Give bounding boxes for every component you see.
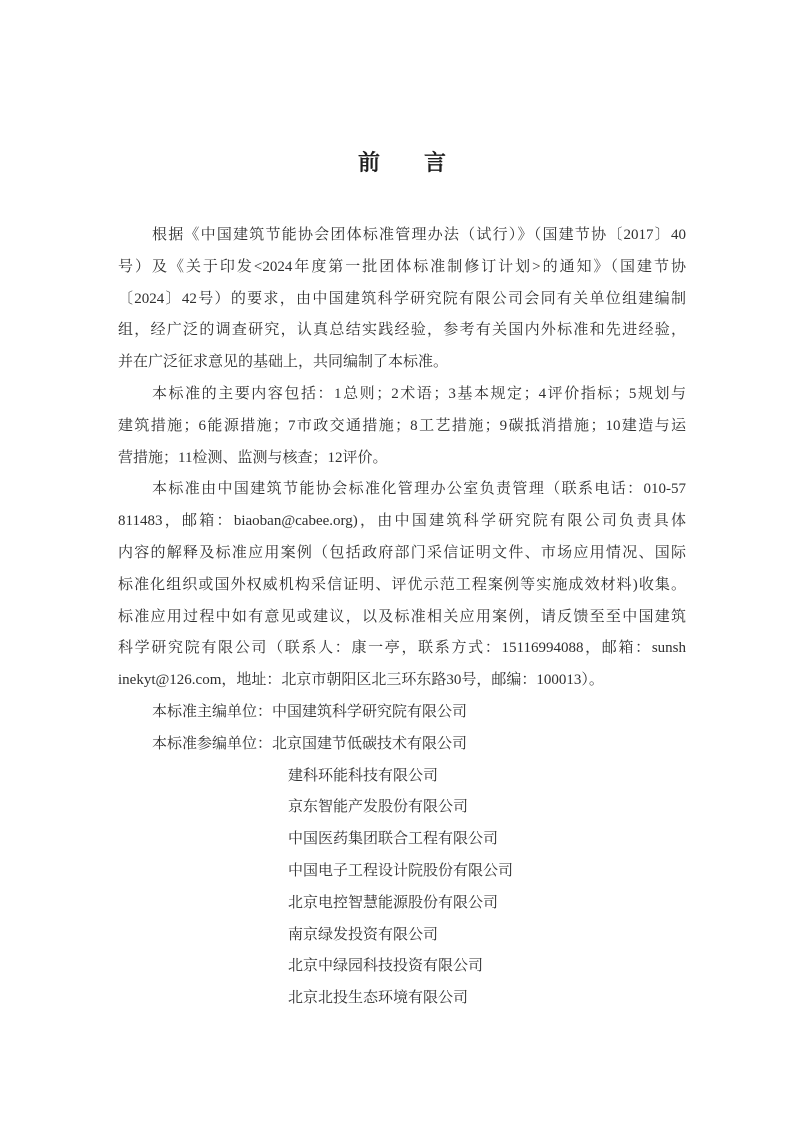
paragraph3-line1: 本标准由中国建筑节能协会标准化管理办公室负责管理（联系电话：010-57 — [118, 474, 686, 506]
paragraph2-line3: 营措施；11检测、监测与核查；12评价。 — [118, 443, 686, 475]
chief-editor-row: 本标准主编单位：中国建筑科学研究院有限公司 — [118, 697, 686, 729]
paragraph3-line4: 标准化组织或国外权威机构采信证明、评优示范工程案例等实施成效材料)收集。 — [118, 570, 686, 602]
paragraph3-line7: inekyt@126.com，地址：北京市朝阳区北三环东路30号，邮编：1000… — [118, 665, 686, 697]
participants-label: 本标准参编单位： — [152, 736, 272, 752]
participant-item: 北京电控智慧能源股份有限公司 — [118, 888, 686, 920]
participants-row: 本标准参编单位：北京国建节低碳技术有限公司 — [118, 729, 686, 761]
chief-editor-label: 本标准主编单位： — [152, 704, 272, 720]
participant-item: 中国电子工程设计院股份有限公司 — [118, 856, 686, 888]
participant-item: 建科环能科技有限公司 — [118, 761, 686, 793]
paragraph1-line1: 根据《中国建筑节能协会团体标准管理办法（试行）》（国建节协〔2017〕40 — [118, 220, 686, 252]
paragraph3-line5: 标准应用过程中如有意见或建议，以及标准相关应用案例，请反馈至至中国建筑 — [118, 602, 686, 634]
page-title: 前 言 — [118, 148, 686, 178]
paragraph3-line6: 科学研究院有限公司（联系人：康一亭，联系方式：15116994088，邮箱：su… — [118, 633, 686, 665]
paragraph3-line2: 811483，邮箱：biaoban@cabee.org)，由中国建筑科学研究院有… — [118, 506, 686, 538]
paragraph3-line3: 内容的解释及标准应用案例（包括政府部门采信证明文件、市场应用情况、国际 — [118, 538, 686, 570]
paragraph1-line3: 〔2024〕42号）的要求，由中国建筑科学研究院有限公司会同有关单位组建编制 — [118, 284, 686, 316]
preface-page: 前 言 根据《中国建筑节能协会团体标准管理办法（试行）》（国建节协〔2017〕4… — [0, 0, 800, 1131]
participant-item: 中国医药集团联合工程有限公司 — [118, 824, 686, 856]
participant-item: 北京中绿园科技投资有限公司 — [118, 951, 686, 983]
participant-item: 京东智能产发股份有限公司 — [118, 792, 686, 824]
participant-item: 南京绿发投资有限公司 — [118, 920, 686, 952]
paragraph2-line2: 建筑措施；6能源措施；7市政交通措施；8工艺措施；9碳抵消措施；10建造与运 — [118, 411, 686, 443]
participant-item: 北京北投生态环境有限公司 — [118, 983, 686, 1015]
paragraph1-line4: 组，经广泛的调查研究，认真总结实践经验，参考有关国内外标准和先进经验， — [118, 315, 686, 347]
paragraph1-line2: 号）及《关于印发<2024年度第一批团体标准制修订计划>的通知》（国建节协 — [118, 252, 686, 284]
chief-editor-value: 中国建筑科学研究院有限公司 — [272, 704, 467, 720]
paragraph2-line1: 本标准的主要内容包括：1总则；2术语；3基本规定；4评价指标；5规划与 — [118, 379, 686, 411]
participant-item: 北京国建节低碳技术有限公司 — [272, 736, 467, 752]
paragraph1-line5: 并在广泛征求意见的基础上，共同编制了本标准。 — [118, 347, 686, 379]
preface-content: 根据《中国建筑节能协会团体标准管理办法（试行）》（国建节协〔2017〕40 号）… — [118, 220, 686, 1015]
